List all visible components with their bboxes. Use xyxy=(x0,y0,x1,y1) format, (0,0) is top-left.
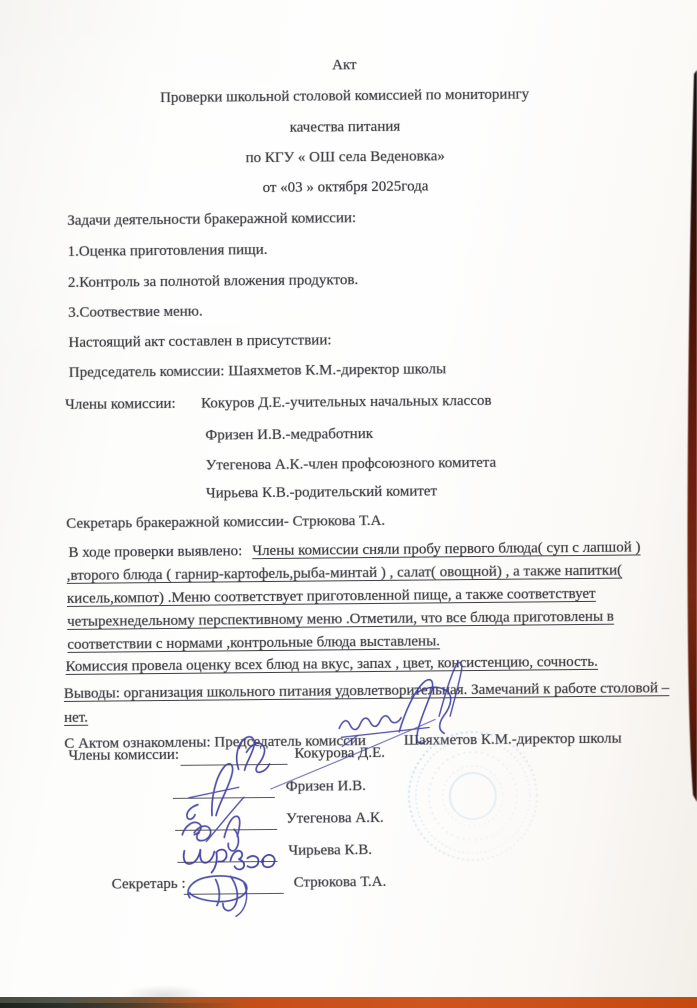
signature-line xyxy=(180,746,287,766)
findings-line: В ходе проверки выявлено:Члены комиссии … xyxy=(68,538,640,561)
signature-row-label: Члены комиссии: xyxy=(68,747,179,765)
signature-row: Фризен И.В. xyxy=(3,775,697,810)
signature-row-label: Секретарь : xyxy=(112,876,186,894)
title-line: качества питания xyxy=(0,115,694,140)
members-label: Члены комиссии: xyxy=(65,395,201,414)
tasks-header: Задачи деятельности бракеражной комиссии… xyxy=(67,209,356,230)
findings-line: четырехнедельному перспективному меню .О… xyxy=(67,608,614,631)
signature-line xyxy=(184,875,284,895)
signature-name: Стрюкова Т.А. xyxy=(294,874,387,892)
signature-row: Чирьева К.В. xyxy=(3,839,697,874)
signature-line xyxy=(175,811,277,831)
conclusions-line: Выводы: организация школьного питания уд… xyxy=(64,679,670,703)
findings-line: ,второго блюда ( гарнир-картофель,рыба-м… xyxy=(67,562,623,585)
chairman-line: Председатель комиссии: Шаяхметов К.М.-ди… xyxy=(69,360,446,382)
page-title: Акт xyxy=(0,53,693,78)
signature-name: Фризен И.В. xyxy=(286,778,366,796)
signature-name: Кокурова Д.Е. xyxy=(294,745,385,763)
member-item: Утегенова А.К.-член профсоюзного комитет… xyxy=(206,454,497,475)
signature-row: Члены комиссии: Кокурова Д.Е. xyxy=(2,742,697,777)
title-line: Проверки школьной столовой комиссией по … xyxy=(0,84,693,109)
task-item: 2.Контроль за полнотой вложения продукто… xyxy=(68,271,358,292)
secretary-line: Секретарь бракеражной комиссии- Стрюкова… xyxy=(66,512,385,533)
members-line: Члены комиссии:Кокуров Д.Е.-учительных н… xyxy=(65,392,492,414)
member-item: Чирьева К.В.-родительский комитет xyxy=(206,482,437,502)
conclusions-line: нет. xyxy=(64,709,88,727)
findings-text: Члены комиссии сняли пробу первого блюда… xyxy=(252,539,640,559)
scanned-act-photo: Акт Проверки школьной столовой комиссией… xyxy=(0,0,697,1008)
title-line-date: от «03 » октября 2025года xyxy=(0,175,694,200)
act-page: Акт Проверки школьной столовой комиссией… xyxy=(0,0,697,1008)
task-item: 1.Оценка приготовления пищи. xyxy=(68,241,268,261)
member-item: Кокуров Д.Е.-учительных начальных классо… xyxy=(201,393,492,412)
findings-line: соответствии с нормами ,контрольные блюд… xyxy=(67,632,440,654)
task-item: 3.Соотвествие меню. xyxy=(68,303,203,322)
signature-row: Утегенова А.К. xyxy=(3,807,697,842)
signature-name: Утегенова А.К. xyxy=(286,810,384,828)
evaluation-line: Комиссия провела оценку всех блюд на вку… xyxy=(66,653,598,676)
signature-line xyxy=(177,843,277,863)
member-item: Фризен И.В.-медработник xyxy=(205,425,373,445)
findings-label: В ходе проверки выявлено: xyxy=(68,543,242,561)
table-surface-shadow xyxy=(0,1003,240,1008)
signature-line xyxy=(173,779,275,799)
signature-row: Секретарь : Стрюкова Т.А. xyxy=(4,871,697,906)
findings-line: кисель,компот) .Меню соответствует приго… xyxy=(67,585,596,608)
signature-name: Чирьева К.В. xyxy=(288,842,372,860)
title-line-school: по КГУ « ОШ села Веденовка» xyxy=(0,145,694,170)
presence-line: Настоящий акт составлен в присутствии: xyxy=(68,331,331,352)
